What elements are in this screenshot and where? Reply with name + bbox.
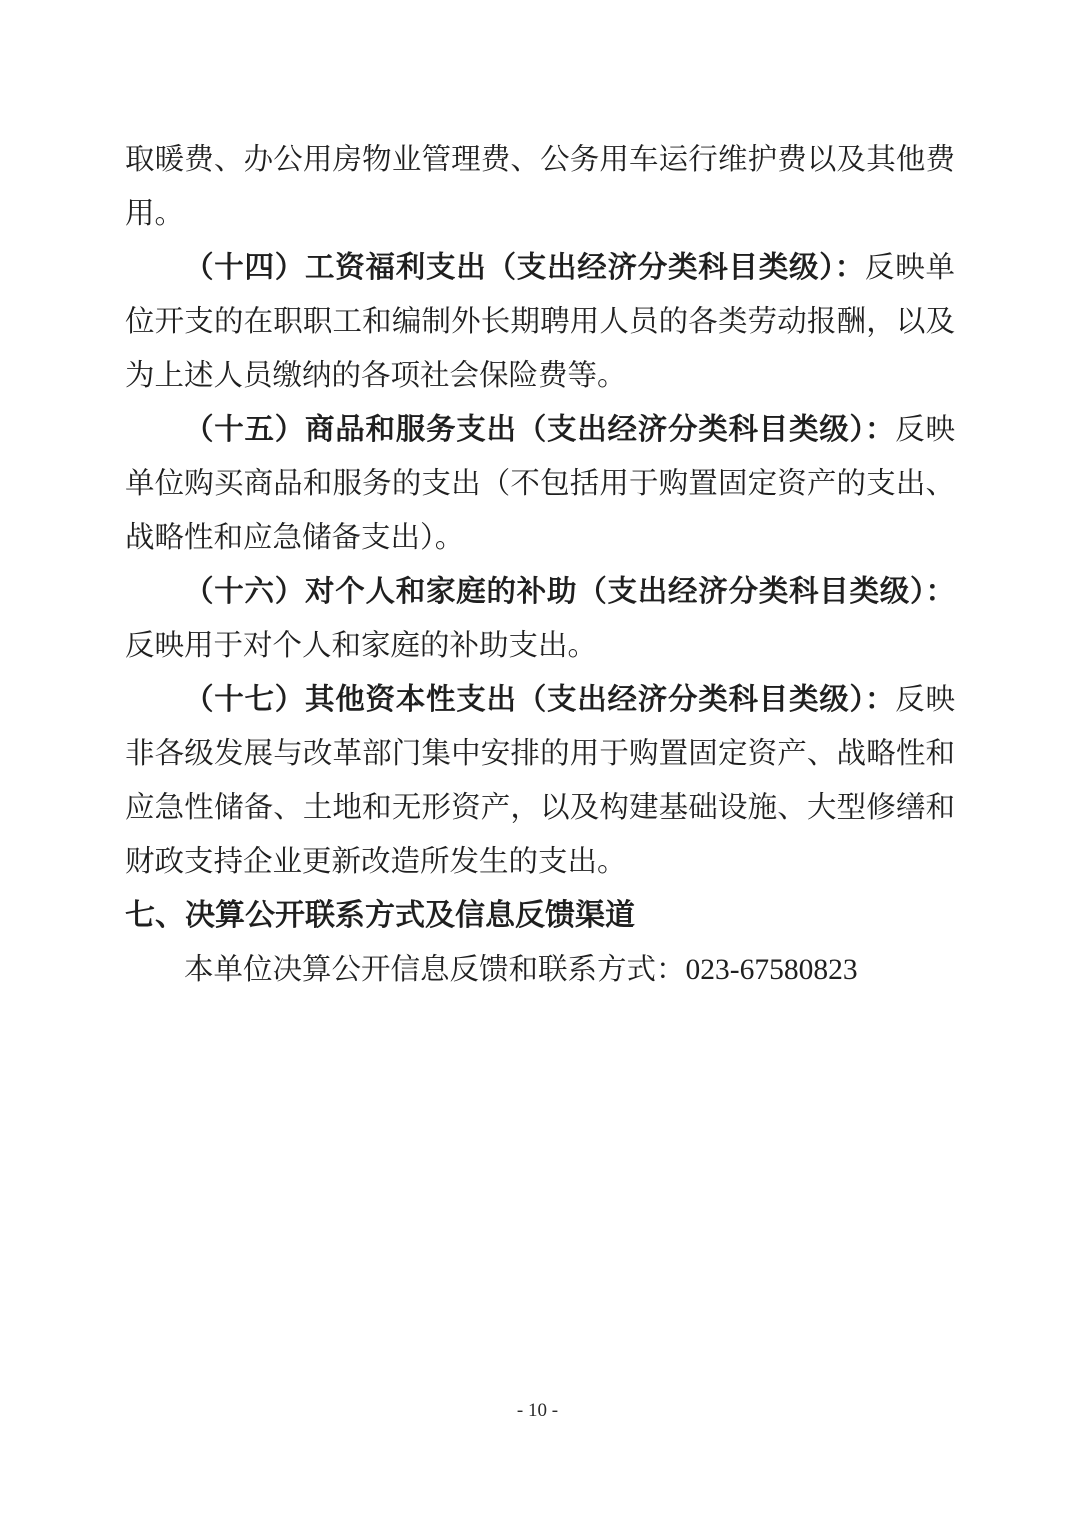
- section-heading-seven: 七、决算公开联系方式及信息反馈渠道: [125, 889, 955, 943]
- page-number: - 10 -: [0, 1396, 1075, 1426]
- contact-info-line: 本单位决算公开信息反馈和联系方式：023-67580823: [125, 943, 955, 997]
- paragraph-item-16-body: 反映用于对个人和家庭的补助支出。: [125, 630, 597, 662]
- paragraph-item-17-lead: （十七）其他资本性支出（支出经济分类科目类级）：: [184, 684, 895, 716]
- paragraph-item-15-lead: （十五）商品和服务支出（支出经济分类科目类级）：: [184, 414, 895, 446]
- document-page: 取暖费、办公用房物业管理费、公务用车运行维护费以及其他费用。 （十四）工资福利支…: [0, 0, 1075, 1520]
- paragraph-continuation: 取暖费、办公用房物业管理费、公务用车运行维护费以及其他费用。: [125, 133, 955, 241]
- document-body: 取暖费、办公用房物业管理费、公务用车运行维护费以及其他费用。 （十四）工资福利支…: [125, 133, 955, 997]
- paragraph-item-15: （十五）商品和服务支出（支出经济分类科目类级）：反映单位购买商品和服务的支出（不…: [125, 403, 955, 565]
- paragraph-item-16: （十六）对个人和家庭的补助（支出经济分类科目类级）：反映用于对个人和家庭的补助支…: [125, 565, 955, 673]
- paragraph-item-16-lead: （十六）对个人和家庭的补助（支出经济分类科目类级）：: [184, 576, 955, 608]
- paragraph-item-14: （十四）工资福利支出（支出经济分类科目类级）：反映单位开支的在职职工和编制外长期…: [125, 241, 955, 403]
- paragraph-item-14-lead: （十四）工资福利支出（支出经济分类科目类级）：: [184, 252, 865, 284]
- paragraph-item-17: （十七）其他资本性支出（支出经济分类科目类级）：反映非各级发展与改革部门集中安排…: [125, 673, 955, 889]
